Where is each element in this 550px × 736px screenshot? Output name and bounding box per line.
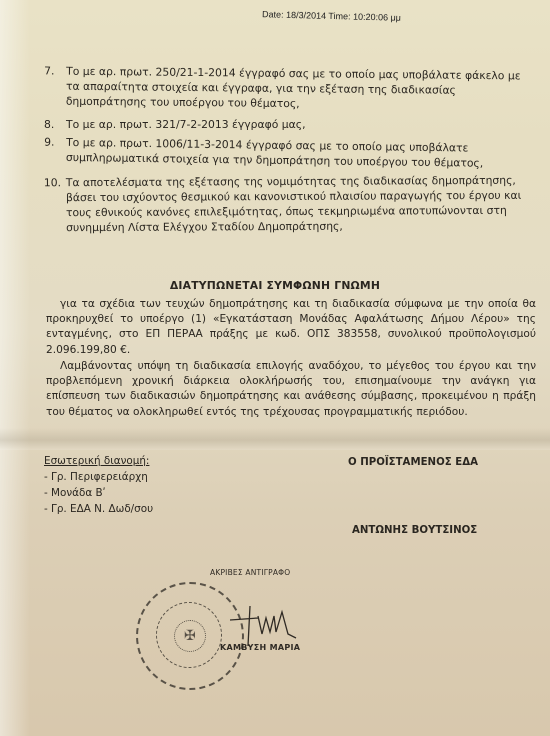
internal-distribution: Εσωτερική διανομή: - Γρ. Περιφερειάρχη -… <box>44 453 153 517</box>
list-item-number: 8. <box>44 117 54 132</box>
distribution-item: - Μονάδα Βʹ <box>44 485 153 501</box>
paper-fold <box>0 428 550 450</box>
print-timestamp: Date: 18/3/2014 Time: 10:20:06 μμ <box>262 9 401 23</box>
distribution-title: Εσωτερική διανομή: <box>44 453 153 469</box>
list-item-text: Το με αρ. πρωτ. 321/7-2-2013 έγγραφό μας… <box>66 118 306 131</box>
list-item-text: Το με αρ. πρωτ. 1006/11-3-2014 έγγραφό σ… <box>66 136 484 170</box>
list-item-text: Τα αποτελέσματα της εξέτασης της νομιμότ… <box>66 174 521 234</box>
opinion-heading: ΔΙΑΤΥΠΩΝΕΤΑΙ ΣΥΜΦΩΝΗ ΓΝΩΜΗ <box>0 279 550 292</box>
list-item-number: 9. <box>44 135 55 150</box>
official-stamp-icon: ✠ <box>136 582 244 690</box>
distribution-item: - Γρ. ΕΔΑ Ν. Δωδ/σου <box>44 501 153 517</box>
list-item: 8. Το με αρ. πρωτ. 321/7-2-2013 έγγραφό … <box>44 117 534 132</box>
urgency-paragraph: Λαμβάνοντας υπόψη τη διαδικασία επιλογής… <box>46 359 536 420</box>
list-item-text: Το με αρ. πρωτ. 250/21-1-2014 έγγραφό σα… <box>66 65 521 110</box>
list-item: 10. Τα αποτελέσματα της εξέτασης της νομ… <box>44 173 534 236</box>
opinion-paragraph: για τα σχέδια των τευχών δημοπράτησης κα… <box>46 297 536 358</box>
page-shadow <box>0 0 30 736</box>
coat-of-arms-icon: ✠ <box>174 620 206 652</box>
clerk-name: ΚΑΜΒΥΣΗ ΜΑΡΙΑ <box>220 643 300 652</box>
signature-icon <box>230 598 310 648</box>
list-item-number: 10. <box>44 175 61 190</box>
distribution-item: - Γρ. Περιφερειάρχη <box>44 469 153 485</box>
certified-copy-label: ΑΚΡΙΒΕΣ ΑΝΤΙΓΡΑΦΟ <box>210 568 290 577</box>
list-item: 9. Το με αρ. πρωτ. 1006/11-3-2014 έγγραφ… <box>44 135 534 172</box>
reference-list: 7. Το με αρ. πρωτ. 250/21-1-2014 έγγραφό… <box>44 66 534 240</box>
signer-title: Ο ΠΡΟΪΣΤΑΜΕΝΟΣ ΕΔΑ <box>348 457 478 468</box>
list-item-number: 7. <box>44 63 54 78</box>
signer-name: ΑΝΤΩΝΗΣ ΒΟΥΤΣΙΝΟΣ <box>352 525 477 536</box>
list-item: 7. Το με αρ. πρωτ. 250/21-1-2014 έγγραφό… <box>44 63 534 113</box>
